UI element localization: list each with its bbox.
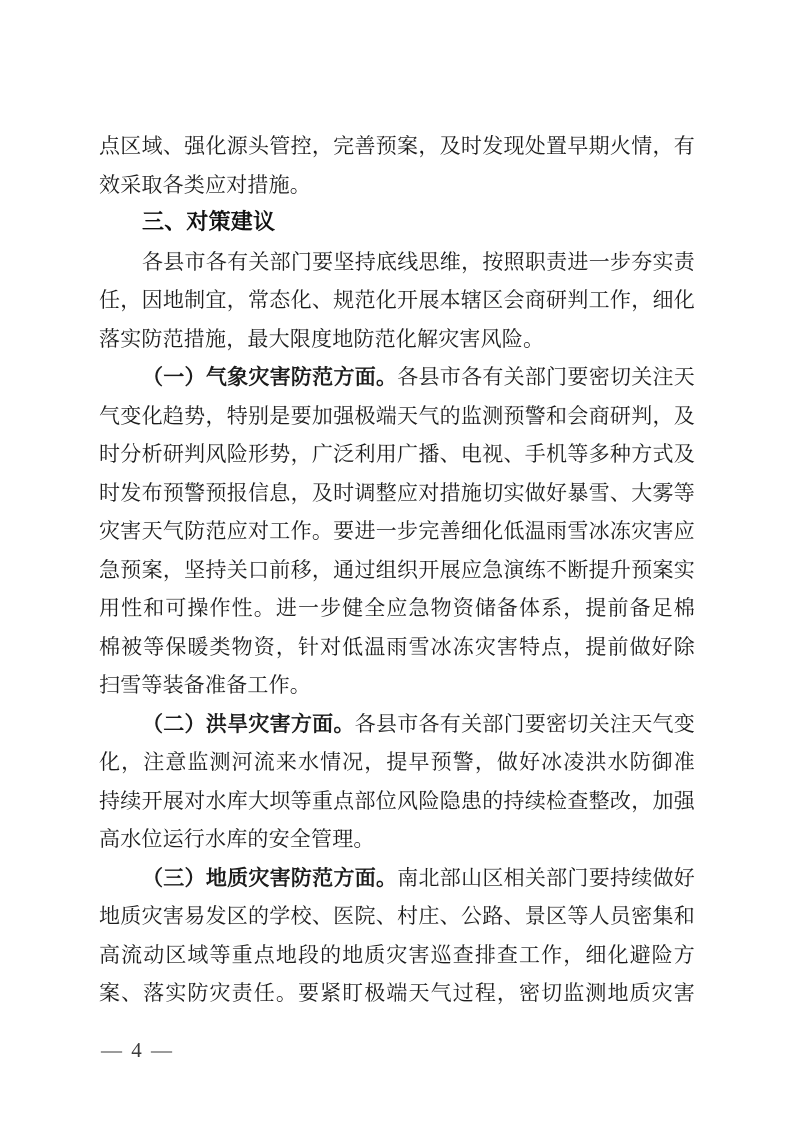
text-line: 急预案，坚持关口前移，通过组织开展应急演练不断提升预案实 [99, 551, 695, 590]
text-line: 灾害天气防范应对工作。要进一步完善细化低温雨雪冰冻灾害应 [99, 512, 695, 551]
text-line: 点区域、强化源头管控，完善预案，及时发现处置早期火情，有 [99, 127, 695, 166]
text-line: 效采取各类应对措施。 [99, 166, 695, 205]
text-line: 地质灾害易发区的学校、医院、村庄、公路、景区等人员密集和 [99, 897, 695, 936]
text-line: 扫雪等装备准备工作。 [99, 666, 695, 705]
text-line: 落实防范措施，最大限度地防范化解灾害风险。 [99, 320, 695, 359]
text-line: （一）气象灾害防范方面。各县市各有关部门要密切关注天 [99, 358, 695, 397]
paragraph-lead: （三）地质灾害防范方面。 [142, 866, 397, 890]
document-page: 点区域、强化源头管控，完善预案，及时发现处置早期火情，有效采取各类应对措施。三、… [0, 0, 793, 1122]
text-line: 任，因地制宜，常态化、规范化开展本辖区会商研判工作，细化 [99, 281, 695, 320]
text-line: 各县市各有关部门要坚持底线思维，按照职责进一步夯实责 [99, 243, 695, 282]
text-line: 案、落实防灾责任。要紧盯极端天气过程，密切监测地质灾害中、 [99, 974, 695, 1013]
text-line: 高水位运行水库的安全管理。 [99, 820, 695, 859]
text-line: （三）地质灾害防范方面。南北部山区相关部门要持续做好 [99, 859, 695, 898]
text-line: （二）洪旱灾害方面。各县市各有关部门要密切关注天气变 [99, 705, 695, 744]
paragraph-lead: （一）气象灾害防范方面。 [142, 365, 397, 389]
text-line: 时发布预警预报信息，及时调整应对措施切实做好暴雪、大雾等 [99, 474, 695, 513]
text-line: 高流动区域等重点地段的地质灾害巡查排查工作，细化避险方 [99, 936, 695, 975]
paragraph-lead: （二）洪旱灾害方面。 [142, 712, 355, 736]
text-line: 用性和可操作性。进一步健全应急物资储备体系，提前备足棉衣、 [99, 589, 695, 628]
text-line: 时分析研判风险形势，广泛利用广播、电视、手机等多种方式及 [99, 435, 695, 474]
document-body: 点区域、强化源头管控，完善预案，及时发现处置早期火情，有效采取各类应对措施。三、… [99, 127, 695, 1013]
text-line: 持续开展对水库大坝等重点部位风险隐患的持续检查整改，加强 [99, 782, 695, 821]
text-line: 气变化趋势，特别是要加强极端天气的监测预警和会商研判，及 [99, 397, 695, 436]
text-line: 化，注意监测河流来水情况，提早预警，做好冰凌洪水防御准备。 [99, 743, 695, 782]
page-number: — 4 — [101, 1038, 174, 1063]
section-heading: 三、对策建议 [99, 204, 695, 243]
text-line: 棉被等保暖类物资，针对低温雨雪冰冻灾害特点，提前做好除冰、 [99, 628, 695, 667]
